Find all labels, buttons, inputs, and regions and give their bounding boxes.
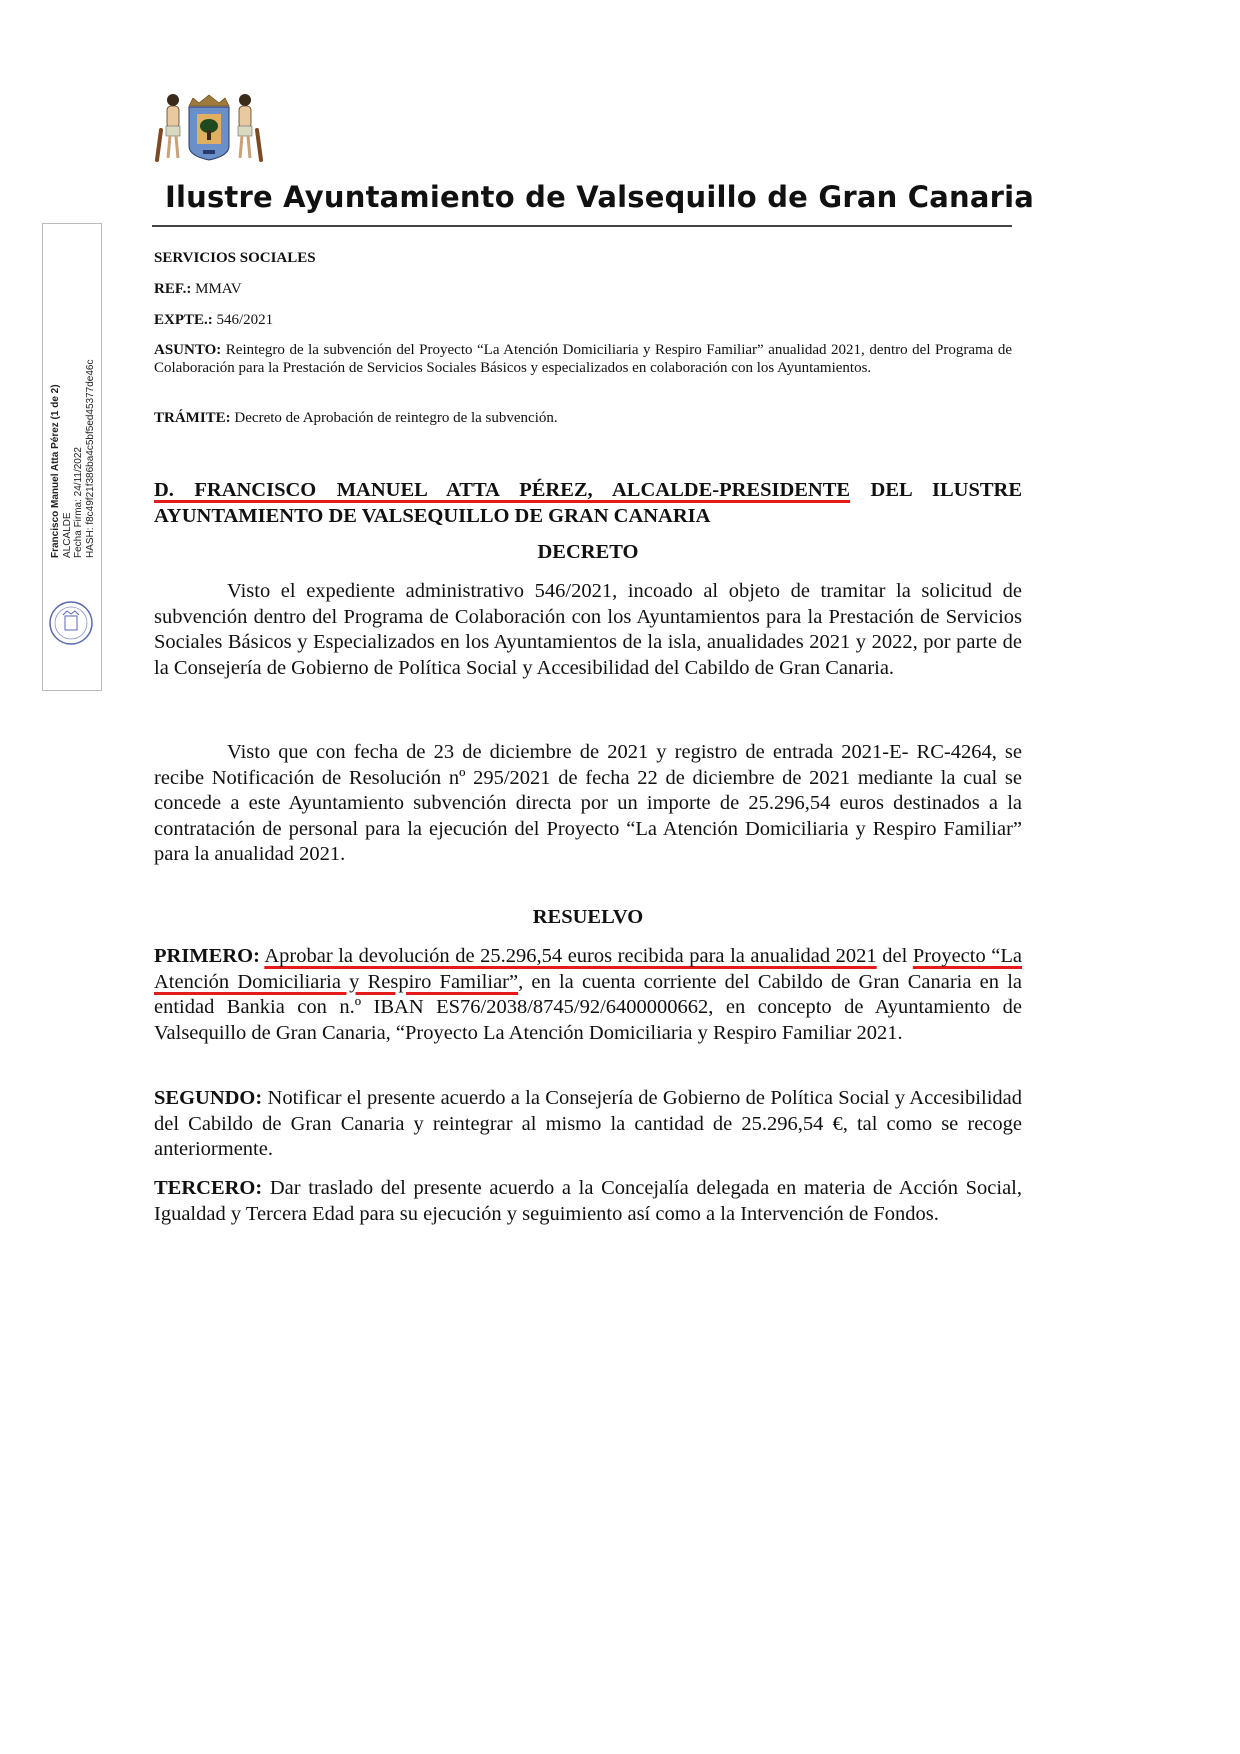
authority-heading: D. FRANCISCO MANUEL ATTA PÉREZ, ALCALDE-…: [154, 478, 1022, 529]
resuelvo-tercero: TERCERO: Dar traslado del presente acuer…: [154, 1176, 1022, 1227]
expediente: EXPTE.: 546/2021: [154, 311, 1012, 329]
decreto-title: DECRETO: [154, 541, 1022, 564]
signer-name: Francisco Manuel Atta Pérez (1 de 2): [50, 360, 62, 559]
seal-icon: [48, 600, 94, 646]
resuelvo-title: RESUELVO: [154, 906, 1022, 929]
signature-stamp-text: Francisco Manuel Atta Pérez (1 de 2) ALC…: [50, 360, 96, 559]
coat-of-arms-logo: [153, 90, 265, 170]
signature-hash: HASH: f8c49f21f386ba4c5bf5ed45377de46c: [85, 360, 97, 559]
signature-date: Fecha Firma: 24/11/2022: [73, 360, 85, 559]
signer-role: ALCALDE: [62, 360, 74, 559]
reference: REF.: MMAV: [154, 280, 1012, 298]
decreto-paragraph-1: Visto el expediente administrativo 546/2…: [154, 579, 1022, 681]
decreto-paragraph-2: Visto que con fecha de 23 de diciembre d…: [154, 740, 1022, 868]
asunto: ASUNTO: Reintegro de la subvención del P…: [154, 341, 1012, 377]
header-divider: [152, 225, 1012, 227]
resuelvo-segundo: SEGUNDO: Notificar el presente acuerdo a…: [154, 1086, 1022, 1163]
tramite: TRÁMITE: Decreto de Aprobación de reinte…: [154, 409, 1012, 427]
department: SERVICIOS SOCIALES: [154, 249, 1012, 267]
primero-underlined-amount: Aprobar la devolución de 25.296,54 euros…: [264, 945, 876, 967]
authority-name-underlined: D. FRANCISCO MANUEL ATTA PÉREZ, ALCALDE-…: [154, 479, 850, 501]
org-title: Ilustre Ayuntamiento de Valsequillo de G…: [165, 180, 1034, 214]
resuelvo-primero: PRIMERO: Aprobar la devolución de 25.296…: [154, 944, 1022, 1046]
